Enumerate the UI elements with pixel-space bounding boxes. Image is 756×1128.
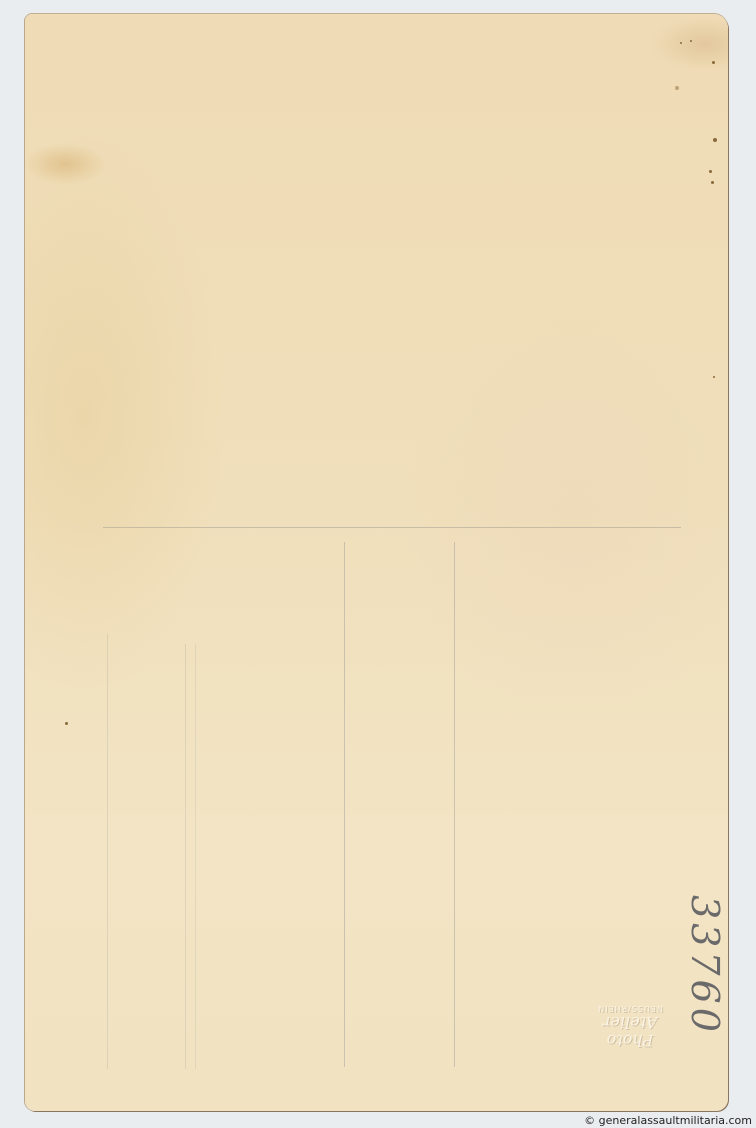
- message-divider-line: [344, 542, 345, 1067]
- postcard-back: Photo Atelier NEUSS/RHEIN: [25, 14, 728, 1111]
- faint-vertical-line: [195, 644, 196, 1069]
- copyright-watermark: © generalassaultmilitaria.com: [584, 1114, 752, 1127]
- foxing-spot: [713, 376, 715, 378]
- faint-vertical-line: [185, 644, 186, 1069]
- foxing-spot: [680, 42, 682, 44]
- stamp-name: Photo Atelier: [580, 1013, 680, 1049]
- foxing-spot: [65, 722, 68, 725]
- faint-vertical-line: [107, 634, 108, 1069]
- photo-scene: Photo Atelier NEUSS/RHEIN 33760 © genera…: [0, 0, 756, 1128]
- stamp-place: NEUSS/RHEIN: [580, 1004, 680, 1013]
- foxing-spot: [712, 61, 715, 64]
- foxing-spot: [709, 170, 712, 173]
- address-divider-line: [454, 542, 455, 1067]
- embossed-photographer-stamp: Photo Atelier NEUSS/RHEIN: [580, 1004, 680, 1049]
- foxing-spot: [711, 181, 714, 184]
- foxing-spot: [713, 138, 717, 142]
- foxing-spot: [675, 86, 679, 90]
- handwritten-number: 33760: [577, 895, 727, 935]
- horizontal-divider-line: [103, 527, 681, 528]
- foxing-spot: [690, 40, 692, 42]
